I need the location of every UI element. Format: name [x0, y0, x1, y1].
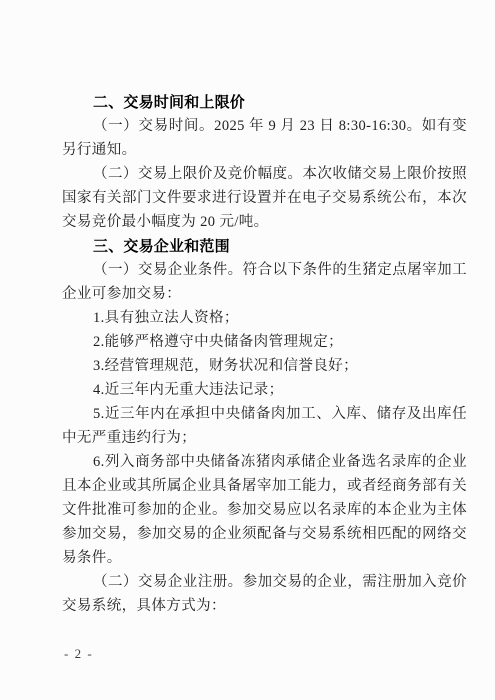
text-line: （一）交易企业条件。符合以下条件的生猪定点屠宰加工 [62, 258, 467, 282]
heading-section-three: 三、交易企业和范围 [62, 234, 467, 258]
text-line: （一）交易时间。2025 年 9 月 23 日 8:30-16:30。如有变化， [62, 114, 467, 138]
text-line: 易条件。 [62, 546, 467, 570]
document-page: 二、交易时间和上限价 （一）交易时间。2025 年 9 月 23 日 8:30-… [0, 0, 495, 700]
text-line: 参加交易，参加交易的企业须配备与交易系统相匹配的网络交 [62, 522, 467, 546]
text-line: 另行通知。 [62, 138, 467, 162]
text-line: （二）交易上限价及竞价幅度。本次收储交易上限价按照 [62, 162, 467, 186]
list-item-5: 5.近三年内在承担中央储备肉加工、入库、储存及出库任务 [62, 402, 467, 426]
document-content: 二、交易时间和上限价 （一）交易时间。2025 年 9 月 23 日 8:30-… [62, 90, 467, 618]
list-item-3: 3.经营管理规范，财务状况和信誉良好； [62, 354, 467, 378]
text-line: 国家有关部门文件要求进行设置并在电子交易系统公布，本次 [62, 186, 467, 210]
text-line: （二）交易企业注册。参加交易的企业，需注册加入竞价 [62, 570, 467, 594]
text-line: 且本企业或其所属企业具备屠宰加工能力，或者经商务部有关 [62, 474, 467, 498]
heading-section-two: 二、交易时间和上限价 [62, 90, 467, 114]
text-line: 交易竞价最小幅度为 20 元/吨。 [62, 210, 467, 234]
text-line: 文件批准可参加的企业。参加交易应以名录库的本企业为主体 [62, 498, 467, 522]
list-item-6: 6.列入商务部中央储备冻猪肉承储企业备选名录库的企业 [62, 450, 467, 474]
list-item-4: 4.近三年内无重大违法记录； [62, 378, 467, 402]
list-item-1: 1.具有独立法人资格； [62, 306, 467, 330]
text-line: 中无严重违约行为； [62, 426, 467, 450]
text-line: 交易系统，具体方式为： [62, 594, 467, 618]
page-number: - 2 - [64, 646, 93, 662]
list-item-2: 2.能够严格遵守中央储备肉管理规定； [62, 330, 467, 354]
text-line: 企业可参加交易： [62, 282, 467, 306]
